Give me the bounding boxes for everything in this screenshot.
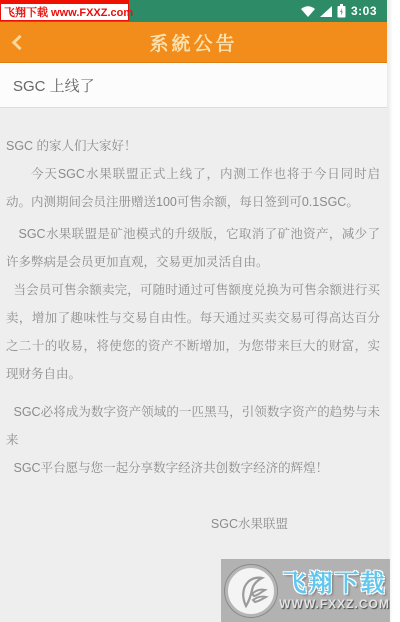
notice-signature: SGC水果联盟 <box>6 510 380 538</box>
bottom-site-watermark: 飞翔下载 WWW.FXXZ.COM <box>221 559 390 622</box>
notice-paragraph: 今天SGC水果联盟正式上线了，内测工作也将于今日同时启动。内测期间会员注册赠送1… <box>6 160 380 216</box>
site-logo-icon <box>225 565 277 617</box>
app-header: 系統公告 <box>0 22 387 63</box>
site-watermark-text: 飞翔下载 WWW.FXXZ.COM <box>279 571 390 611</box>
site-url: WWW.FXXZ.COM <box>279 597 390 611</box>
notice-title: SGC 上线了 <box>13 75 95 96</box>
notice-title-card: SGC 上线了 <box>0 63 387 108</box>
signal-icon <box>320 6 332 17</box>
wifi-icon <box>301 6 315 17</box>
clock: 3:03 <box>351 4 377 18</box>
chevron-left-icon <box>12 35 28 51</box>
notice-paragraph: 当会员可售余额卖完，可随时通过可售额度兑换为可售余额进行买卖，增加了趣味性与交易… <box>6 276 380 388</box>
page-title: 系統公告 <box>149 29 237 56</box>
back-button[interactable] <box>10 22 44 63</box>
top-site-watermark: 飞翔下载 www.FXXZ.com <box>0 0 129 21</box>
watermark-label: 飞翔下载 www.FXXZ.com <box>4 4 133 20</box>
app-window: 3:03 系統公告 SGC 上线了 SGC 的家人们大家好！ 今天SGC水果联盟… <box>0 0 387 622</box>
screenshot-right-gutter <box>387 0 400 622</box>
status-icons: 3:03 <box>301 0 377 22</box>
screen: 3:03 系統公告 SGC 上线了 SGC 的家人们大家好！ 今天SGC水果联盟… <box>0 0 400 622</box>
watermark-label-box: 飞翔下载 www.FXXZ.com <box>0 4 129 21</box>
site-name: 飞翔下载 <box>283 571 387 597</box>
notice-paragraph: SGC水果联盟是矿池模式的升级版，它取消了矿池资产，减少了许多弊病是会员更加直观… <box>6 220 380 276</box>
wing-logo-icon <box>232 572 270 610</box>
notice-paragraph: SGC 的家人们大家好！ <box>6 132 380 160</box>
notice-paragraph: SGC必将成为数字资产领域的一匹黑马，引领数字资产的趋势与未来 <box>6 398 380 454</box>
notice-paragraph: SGC平台愿与您一起分享数字经济共创数字经济的辉煌！ <box>6 454 380 482</box>
battery-charging-icon <box>337 4 346 18</box>
notice-body: SGC 的家人们大家好！ 今天SGC水果联盟正式上线了，内测工作也将于今日同时启… <box>0 108 387 622</box>
